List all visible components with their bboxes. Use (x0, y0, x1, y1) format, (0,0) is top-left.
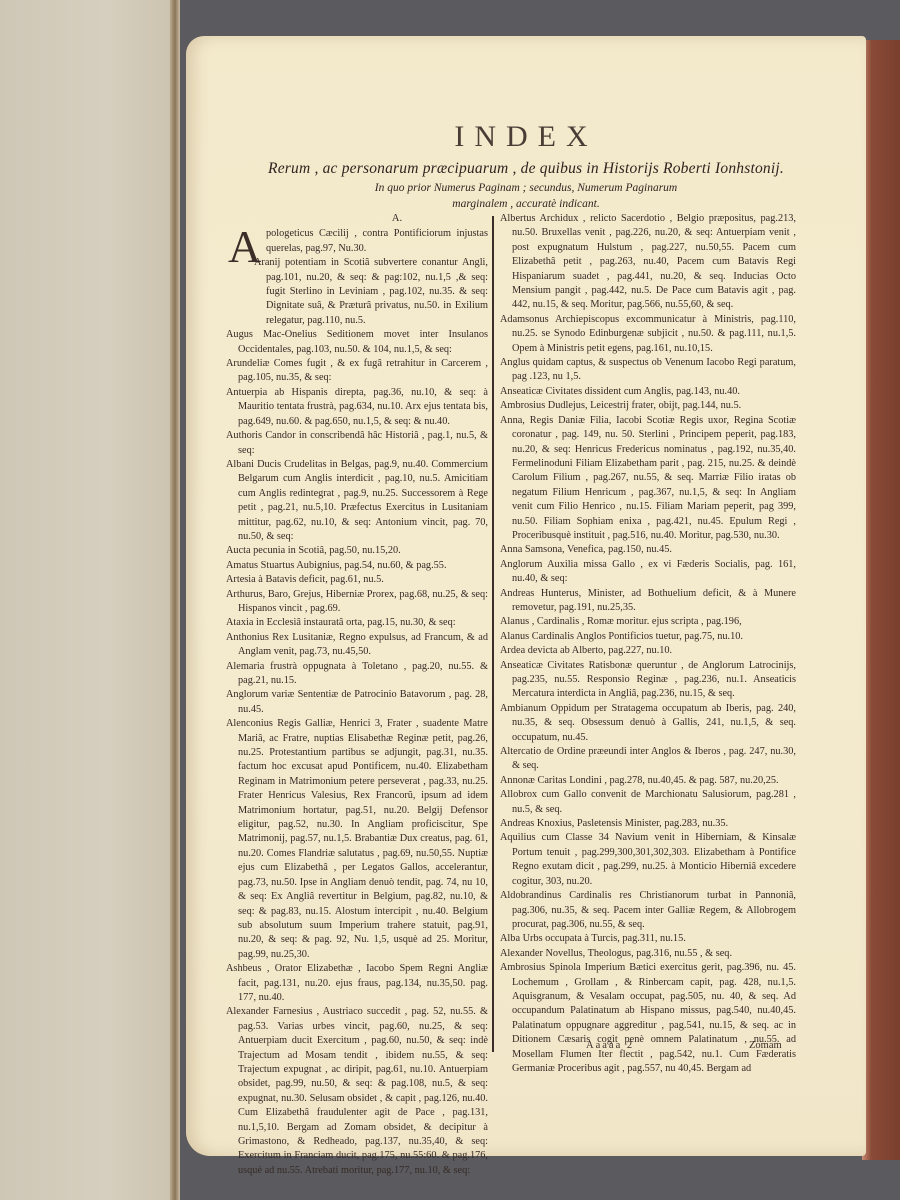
column-divider (492, 216, 494, 1052)
index-entry: Anseaticæ Civitates Ratisbonæ queruntur … (500, 659, 796, 702)
index-entry: Anglorum Auxilia missa Gallo , ex vi Fæd… (500, 558, 796, 587)
subtitle-line-3: marginalem , accuratè indicant. (186, 198, 866, 210)
index-entry: Arundeliæ Comes fugit , & ex fugâ retrah… (226, 357, 488, 386)
index-entry-first: A pologeticus Cæcilij , contra Pontifici… (226, 227, 488, 256)
entry-text: pologeticus Cæcilij , contra Pontificior… (266, 228, 488, 253)
index-entry: Alanus Cardinalis Anglos Pontificios tue… (500, 630, 796, 644)
index-entry: Authoris Candor in conscribendâ hâc Hist… (226, 429, 488, 458)
facing-page-leaf (0, 0, 178, 1200)
index-entry: Artesia à Batavis deficit, pag.61, nu.5. (226, 573, 488, 587)
index-entry: Allobrox cum Gallo convenit de Marchiona… (500, 788, 796, 817)
index-entry: Aldobrandinus Cardinalis res Christianor… (500, 889, 796, 932)
index-entry: Adamsonus Archiepiscopus excommunicatur … (500, 313, 796, 356)
index-entry: Aranij potentiam in Scotiâ subvertere co… (226, 256, 488, 328)
letter-heading: A. (226, 212, 488, 226)
drop-cap: A (228, 225, 261, 269)
subtitle-line-2: In quo prior Numerus Paginam ; secundus,… (186, 182, 866, 194)
index-entry: Anglorum variæ Sententiæ de Patrocinio B… (226, 688, 488, 717)
index-entry: Ardea devicta ab Alberto, pag.227, nu.10… (500, 644, 796, 658)
index-entry: Anna Samsona, Venefica, pag.150, nu.45. (500, 543, 796, 557)
left-entry-list: Augus Mac-Onelius Seditionem movet inter… (226, 328, 488, 1178)
index-entry: Arthurus, Baro, Grejus, Hiberniæ Prorex,… (226, 588, 488, 617)
index-entry: Ambianum Oppidum per Stratagema occupatu… (500, 702, 796, 745)
index-entry: Alexander Novellus, Theologus, pag.316, … (500, 947, 796, 961)
signature-mark: Aaaaa 2 (586, 1040, 634, 1051)
index-entry: Alenconius Regis Galliæ, Henrici 3, Frat… (226, 717, 488, 962)
index-entry: Anseaticæ Civitates dissident cum Anglis… (500, 385, 796, 399)
page-title: INDEX (186, 120, 866, 154)
index-entry: Anthonius Rex Lusitaniæ, Regno expulsus,… (226, 631, 488, 660)
index-entry: Altercatio de Ordine præeundi inter Angl… (500, 745, 796, 774)
right-entry-list: Albertus Archidux , relicto Sacerdotio ,… (500, 212, 796, 1076)
index-entry: Alemaria frustrà oppugnata à Toletano , … (226, 660, 488, 689)
index-entry: Augus Mac-Onelius Seditionem movet inter… (226, 328, 488, 357)
index-entry: Ashbeus , Orator Elizabethæ , Iacobo Spe… (226, 962, 488, 1005)
index-entry: Andreas Knoxius, Pasletensis Minister, p… (500, 817, 796, 831)
right-column: Albertus Archidux , relicto Sacerdotio ,… (500, 212, 796, 1076)
index-entry: Ataxia in Ecclesiâ instauratâ orta, pag.… (226, 616, 488, 630)
index-entry: Ambrosius Spinola Imperium Bætici exerci… (500, 961, 796, 1076)
index-entry: Alba Urbs occupata à Turcis, pag.311, nu… (500, 932, 796, 946)
index-entry: Amatus Stuartus Aubignius, pag.54, nu.60… (226, 559, 488, 573)
index-entry: Alanus , Cardinalis , Romæ moritur. ejus… (500, 615, 796, 629)
leather-cover-edge (862, 40, 900, 1160)
catchword: Zomam (749, 1040, 782, 1051)
index-entry: Antuerpia ab Hispanis direpta, pag.36, n… (226, 386, 488, 429)
index-entry: Aucta pecunia in Scotiâ, pag.50, nu.15,2… (226, 544, 488, 558)
index-entry: Annonæ Caritas Londini , pag.278, nu.40,… (500, 774, 796, 788)
index-entry: Anna, Regis Daniæ Filia, Iacobi Scotiæ R… (500, 414, 796, 544)
index-entry: Albertus Archidux , relicto Sacerdotio ,… (500, 212, 796, 313)
index-entry: Andreas Hunterus, Minister, ad Bothueliu… (500, 587, 796, 616)
index-entry: Aquilius cum Classe 34 Navium venit in H… (500, 831, 796, 889)
book-gutter (170, 0, 180, 1200)
index-page: INDEX Rerum , ac personarum præcipuarum … (186, 36, 866, 1156)
left-column: A. A pologeticus Cæcilij , contra Pontif… (226, 212, 488, 1178)
index-entry: Albani Ducis Crudelitas in Belgas, pag.9… (226, 458, 488, 544)
subtitle-line-1: Rerum , ac personarum præcipuarum , de q… (186, 160, 866, 178)
index-entry: Ambrosius Dudlejus, Leicestrij frater, o… (500, 399, 796, 413)
index-entry: Anglus quidam captus, & suspectus ob Ven… (500, 356, 796, 385)
index-entry: Alexander Farnesius , Austriaco succedit… (226, 1005, 488, 1178)
